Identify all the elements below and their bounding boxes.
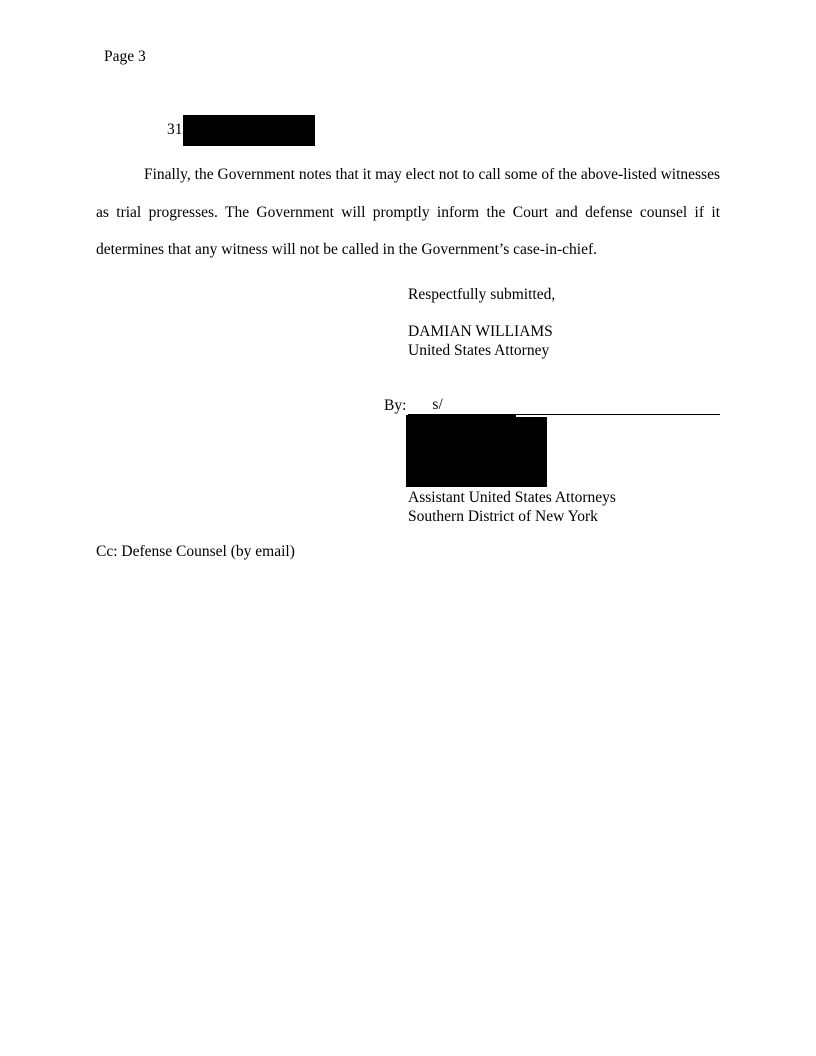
cc-line: Cc: Defense Counsel (by email) [96,543,295,561]
closing-line: Respectfully submitted, [408,286,555,304]
by-label: By: [384,397,406,415]
page-number: Page 3 [104,48,146,66]
body-paragraph: Finally, the Government notes that it ma… [96,156,720,269]
office-name: Southern District of New York [408,508,598,526]
signers-title: Assistant United States Attorneys [408,489,616,507]
signature-line-row: By: s/ [384,397,720,415]
signature-mark: s/ [432,396,442,414]
footnote-number: 31 [167,121,183,139]
signatory-title: United States Attorney [408,342,549,360]
redaction-box [183,115,315,146]
signature-line: s/ [408,397,720,415]
signatory-name: DAMIAN WILLIAMS [408,323,553,341]
redaction-box-signers [406,417,547,487]
